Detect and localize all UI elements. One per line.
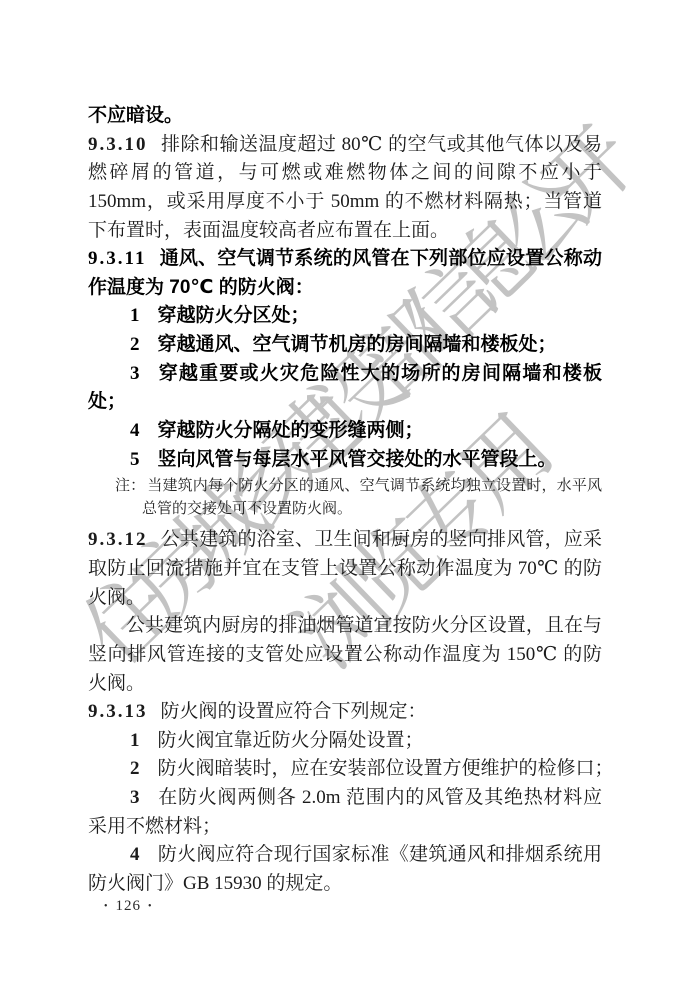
text-line: 4防火阀应符合现行国家标准《建筑通风和排烟系统用 — [88, 841, 602, 870]
document-text-body: 不应暗设。9.3.10排除和输送温度超过 80℃ 的空气或其他气体以及易燃碎屑的… — [88, 102, 602, 899]
line-text: 燃碎屑的管道，与可燃或难燃物体之间的间隙不应小于 — [88, 162, 602, 183]
line-text: 火阀。 — [88, 673, 145, 694]
line-text: 防火阀门》GB 15930 的规定。 — [88, 873, 342, 894]
line-text: 穿越防火分隔处的变形缝两侧； — [158, 420, 424, 441]
page-footer: •126• — [97, 898, 160, 915]
line-number: 3 — [130, 787, 140, 808]
line-text: 防火阀的设置应符合下列规定： — [161, 701, 427, 722]
line-text: 公共建筑内厨房的排油烟管道宜按防火分区设置，且在与 — [126, 615, 602, 636]
line-text: 火阀。 — [88, 587, 145, 608]
line-text: 防火阀应符合现行国家标准《建筑通风和排烟系统用 — [158, 844, 603, 865]
line-text: 通风、空气调节系统的风管在下列部位应设置公称动 — [159, 248, 602, 269]
line-number: 1 — [130, 305, 140, 326]
page-number: 126 — [116, 898, 142, 914]
line-number: 4 — [130, 844, 140, 865]
footer-left-dot: • — [104, 901, 109, 912]
line-number: 9.3.11 — [88, 248, 146, 269]
text-line: 2穿越通风、空气调节机房的房间隔墙和楼板处； — [88, 331, 602, 360]
text-line: 燃碎屑的管道，与可燃或难燃物体之间的间隙不应小于 — [88, 159, 602, 188]
line-number: 3 — [130, 363, 140, 384]
text-line: 火阀。 — [88, 584, 602, 613]
line-text: 排除和输送温度超过 80℃ 的空气或其他气体以及易 — [161, 134, 603, 155]
line-number: 1 — [130, 730, 140, 751]
line-text: 总管的交接处可不设置防火阀。 — [142, 501, 352, 517]
text-line: 取防止回流措施并宜在支管上设置公称动作温度为 70℃ 的防 — [88, 555, 602, 584]
line-text: 150mm，或采用厚度不小于 50mm 的不燃材料隔热；当管道上 — [88, 191, 602, 217]
text-line: 总管的交接处可不设置防火阀。 — [88, 498, 602, 520]
line-text: 穿越通风、空气调节机房的房间隔墙和楼板处； — [158, 334, 557, 355]
text-line: 不应暗设。 — [88, 102, 602, 131]
line-text: 在防火阀两侧各 2.0m 范围内的风管及其绝热材料应 — [158, 787, 603, 808]
line-text: 采用不燃材料； — [88, 816, 221, 837]
line-number: 4 — [130, 420, 140, 441]
text-line: 1防火阀宜靠近防火分隔处设置； — [88, 727, 602, 756]
text-line: 注：当建筑内每个防火分区的通风、空气调节系统均独立设置时，水平风管与竖向 — [88, 474, 602, 498]
text-line: 下布置时，表面温度较高者应布置在上面。 — [88, 217, 602, 246]
text-line: 9.3.10排除和输送温度超过 80℃ 的空气或其他气体以及易 — [88, 131, 602, 160]
line-text: 防火阀暗装时，应在安装部位设置方便维护的检修口； — [158, 758, 614, 779]
text-line: 3在防火阀两侧各 2.0m 范围内的风管及其绝热材料应 — [88, 784, 602, 813]
line-text: 穿越重要或火灾危险性大的场所的房间隔墙和楼板 — [158, 363, 603, 384]
text-line: 作温度为 70℃ 的防火阀： — [88, 274, 602, 303]
line-text: 下布置时，表面温度较高者应布置在上面。 — [88, 220, 449, 241]
line-text: 作温度为 70℃ 的防火阀： — [88, 277, 314, 298]
text-line: 火阀。 — [88, 670, 602, 699]
text-line: 公共建筑内厨房的排油烟管道宜按防火分区设置，且在与 — [88, 612, 602, 641]
text-line: 采用不燃材料； — [88, 813, 602, 842]
text-line: 3穿越重要或火灾危险性大的场所的房间隔墙和楼板 — [88, 360, 602, 389]
text-line: 5竖向风管与每层水平风管交接处的水平管段上。 — [88, 446, 602, 475]
line-text: 取防止回流措施并宜在支管上设置公称动作温度为 70℃ 的防 — [88, 558, 602, 579]
text-line: 150mm，或采用厚度不小于 50mm 的不燃材料隔热；当管道上 — [88, 188, 602, 217]
text-line: 2防火阀暗装时，应在安装部位设置方便维护的检修口； — [88, 755, 602, 784]
line-text: 公共建筑的浴室、卫生间和厨房的竖向排风管，应采 — [161, 529, 603, 550]
line-number: 5 — [130, 449, 140, 470]
line-text: 不应暗设。 — [88, 105, 183, 126]
document-page: 住房城乡建设部信息公开 浏览专用 不应暗设。9.3.10排除和输送温度超过 80… — [0, 0, 690, 1000]
line-text: 竖向排风管连接的支管处应设置公称动作温度为 150℃ 的防 — [88, 644, 602, 665]
text-line: 竖向排风管连接的支管处应设置公称动作温度为 150℃ 的防 — [88, 641, 602, 670]
line-text: 穿越防火分区处； — [158, 305, 310, 326]
line-text: 当建筑内每个防火分区的通风、空气调节系统均独立设置时，水平风管与竖向 — [115, 478, 602, 498]
text-line: 4穿越防火分隔处的变形缝两侧； — [88, 417, 602, 446]
line-number: 9.3.13 — [88, 701, 148, 722]
line-number: 9.3.12 — [88, 529, 148, 550]
line-number: 9.3.10 — [88, 134, 148, 155]
line-number: 2 — [130, 334, 140, 355]
line-text: 竖向风管与每层水平风管交接处的水平管段上。 — [158, 449, 557, 470]
footer-right-dot: • — [148, 901, 153, 912]
line-number: 注： — [115, 478, 145, 494]
line-number: 2 — [130, 758, 140, 779]
text-line: 9.3.13防火阀的设置应符合下列规定： — [88, 698, 602, 727]
line-text: 处； — [88, 391, 126, 412]
text-line: 9.3.11通风、空气调节系统的风管在下列部位应设置公称动 — [88, 245, 602, 274]
line-text: 防火阀宜靠近防火分隔处设置； — [158, 730, 424, 751]
text-line: 防火阀门》GB 15930 的规定。 — [88, 870, 602, 899]
text-line: 9.3.12公共建筑的浴室、卫生间和厨房的竖向排风管，应采 — [88, 526, 602, 555]
text-line: 处； — [88, 388, 602, 417]
text-line: 1穿越防火分区处； — [88, 302, 602, 331]
